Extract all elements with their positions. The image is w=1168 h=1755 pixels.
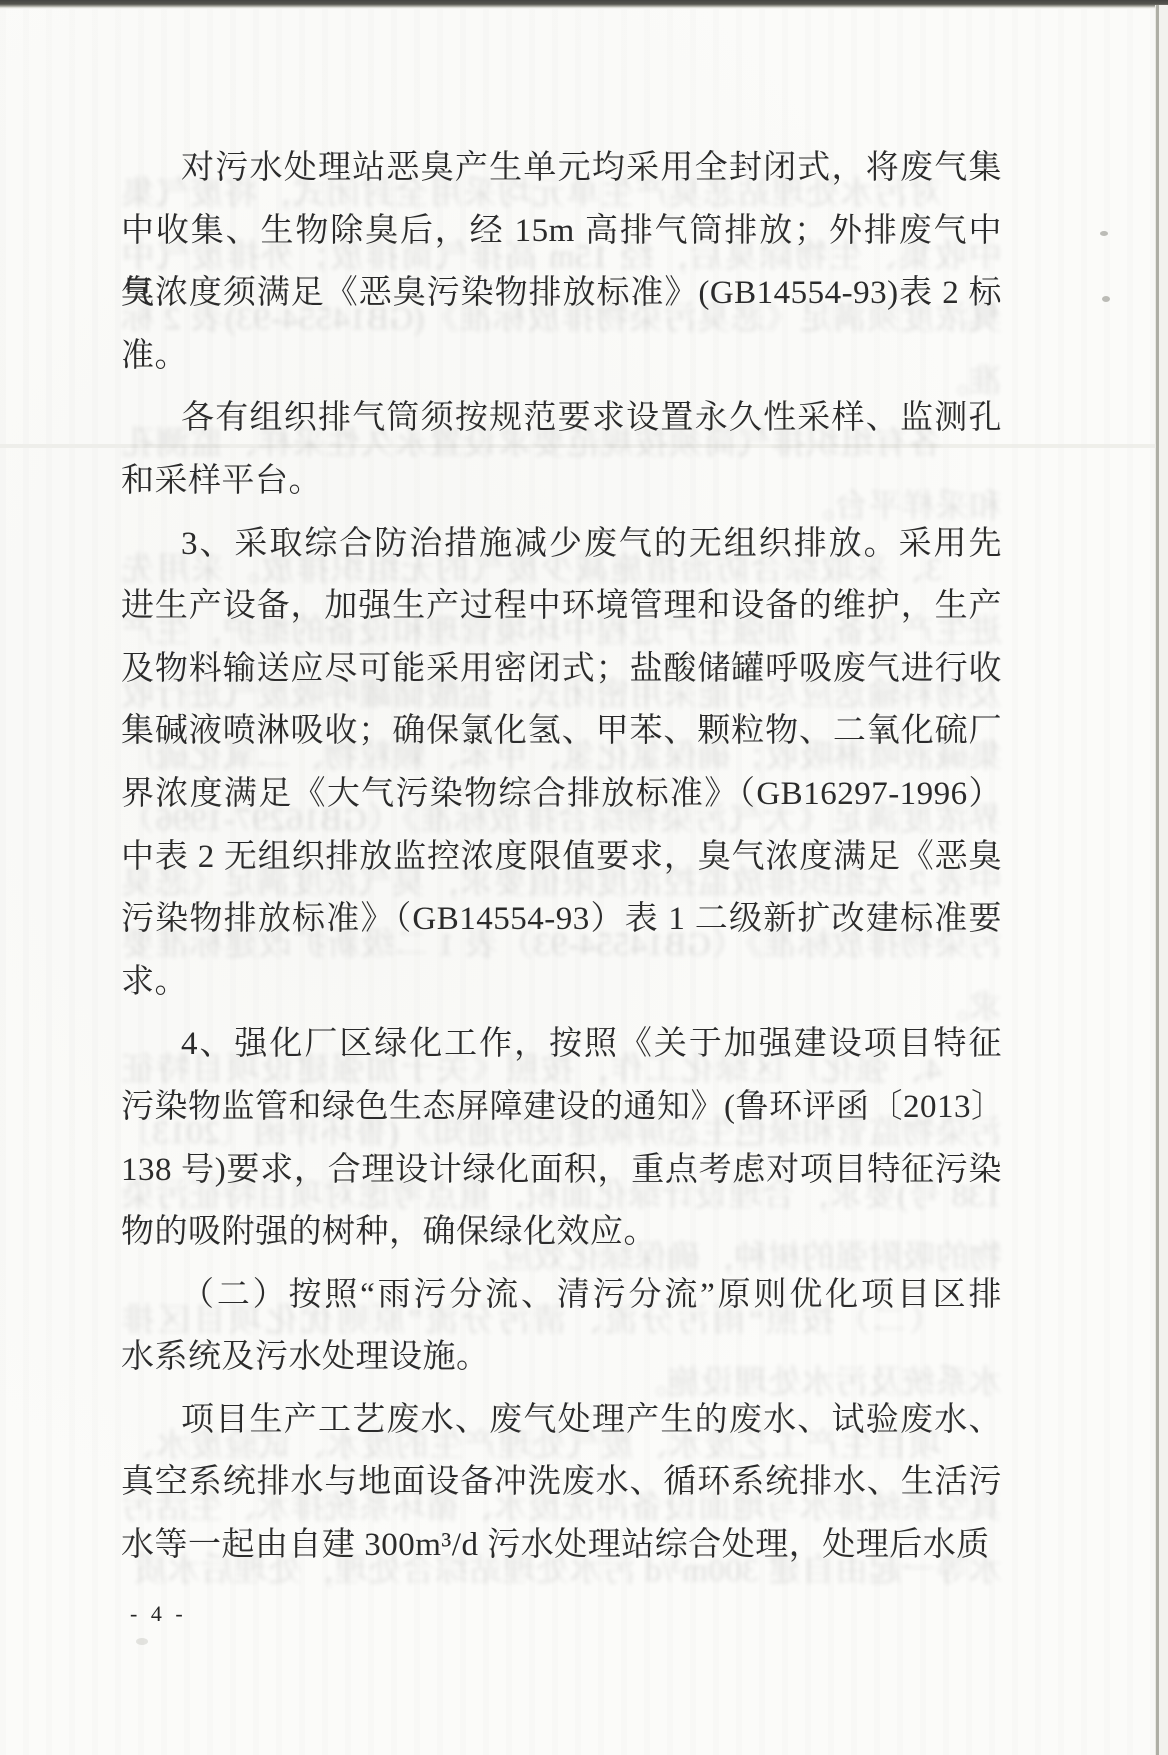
- text-line: 对污水处理站恶臭产生单元均采用全封闭式，将废气集: [121, 137, 1002, 200]
- text-line: 各有组织排气筒须按规范要求设置永久性采样、监测孔: [121, 387, 1002, 450]
- scanned-document-page: 对污水处理站恶臭产生单元均采用全封闭式，将废气集 中收集、生物除臭后，经 15m…: [0, 0, 1168, 1755]
- scan-right-edge: [1155, 5, 1168, 1755]
- document-text: 对污水处理站恶臭产生单元均采用全封闭式，将废气集 中收集、生物除臭后，经 15m…: [121, 137, 1002, 1577]
- text-line: 气浓度须满足《恶臭污染物排放标准》(GB14554-93)表 2 标: [121, 262, 1002, 325]
- scan-top-edge: [0, 0, 1168, 9]
- text-line: （二）按照“雨污分流、清污分流”原则优化项目区排: [121, 1264, 1002, 1327]
- scan-speck: [136, 1638, 148, 1645]
- text-line: 中表 2 无组织排放监控浓度限值要求，臭气浓度满足《恶臭: [121, 826, 1002, 889]
- text-line: 界浓度满足《大气污染物综合排放标准》（GB16297-1996）: [121, 763, 1002, 826]
- text-line: 求。: [121, 951, 1002, 1014]
- scan-speck: [1102, 296, 1110, 302]
- scan-speck: [1100, 231, 1108, 236]
- text-line: 真空系统排水与地面设备冲洗废水、循环系统排水、生活污: [121, 1451, 1002, 1514]
- text-line: 准。: [121, 325, 1002, 388]
- text-line: 138 号)要求，合理设计绿化面积，重点考虑对项目特征污染: [121, 1139, 1002, 1202]
- text-line: 物的吸附强的树种，确保绿化效应。: [121, 1201, 1002, 1264]
- text-line: 进生产设备，加强生产过程中环境管理和设备的维护，生产: [121, 575, 1002, 638]
- text-line: 项目生产工艺废水、废气处理产生的废水、试验废水、: [121, 1389, 1002, 1452]
- text-line: 和采样平台。: [121, 450, 1002, 513]
- text-line: 3、采取综合防治措施减少废气的无组织排放。采用先: [121, 513, 1002, 576]
- text-line: 4、强化厂区绿化工作，按照《关于加强建设项目特征: [121, 1013, 1002, 1076]
- text-line: 及物料输送应尽可能采用密闭式；盐酸储罐呼吸废气进行收: [121, 638, 1002, 701]
- text-line: 污染物监管和绿色生态屏障建设的通知》(鲁环评函〔2013〕: [121, 1076, 1002, 1139]
- text-line: 水系统及污水处理设施。: [121, 1326, 1002, 1389]
- text-line: 中收集、生物除臭后，经 15m 高排气筒排放；外排废气中臭: [121, 200, 1002, 263]
- page-number: - 4 -: [130, 1601, 187, 1627]
- text-line: 水等一起由自建 300m³/d 污水处理站综合处理，处理后水质: [121, 1514, 1002, 1577]
- text-line: 集碱液喷淋吸收；确保氯化氢、甲苯、颗粒物、二氧化硫厂: [121, 700, 1002, 763]
- text-line: 污染物排放标准》（GB14554-93）表 1 二级新扩改建标准要: [121, 888, 1002, 951]
